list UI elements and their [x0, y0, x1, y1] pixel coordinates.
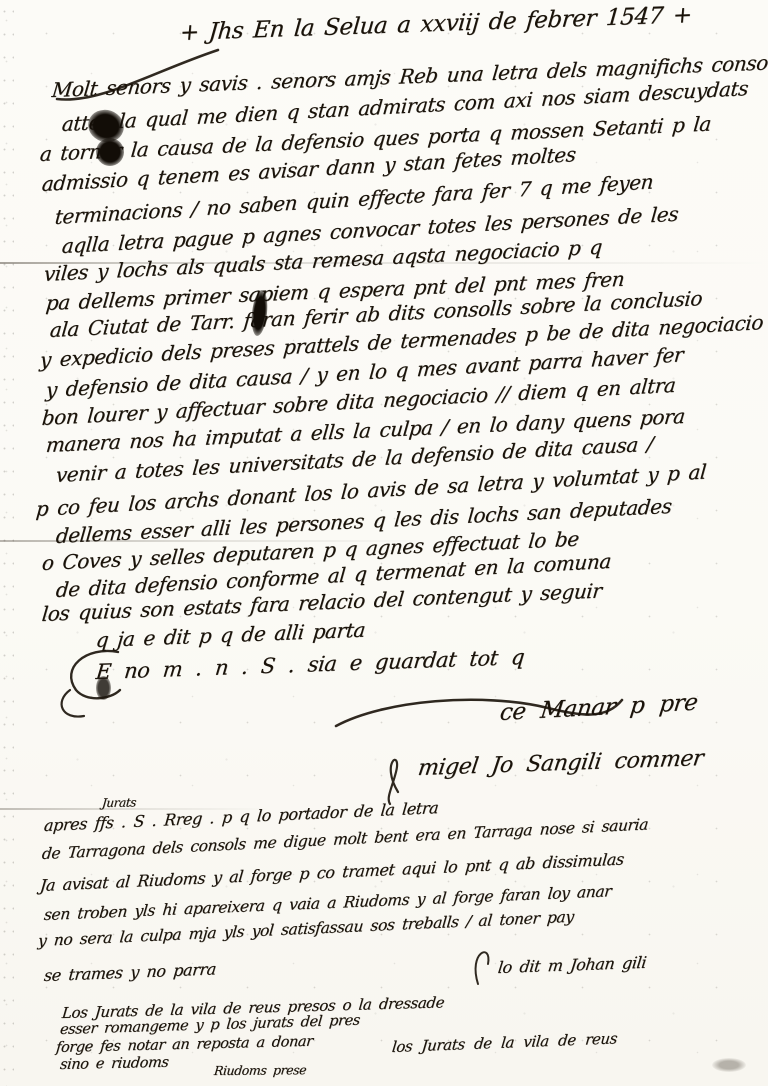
postscript-line: se trames y no parra — [43, 959, 217, 985]
signature-primary: ce Manar p pre — [498, 690, 699, 727]
closing-initial-flourish — [62, 690, 84, 717]
ink-blot — [96, 676, 111, 700]
closing-line: E no m . n . S . sia e guardat tot q — [95, 645, 526, 684]
address-small-note: Riudoms prese — [213, 1062, 307, 1078]
address-right-note: los Jurats de la vila de reus — [391, 1029, 618, 1056]
secondary-signature-flourish — [389, 760, 398, 804]
signature-secondary: migel Jo Sangili commer — [416, 746, 705, 781]
postscript-margin-note: Jurats — [101, 795, 136, 810]
address-line: forge fes notar an reposta a donar — [55, 1034, 313, 1056]
signoff-paraph-flourish — [476, 952, 489, 984]
scan-edge-noise — [0, 0, 14, 1086]
dateline: + Jhs En la Selua a xxviij de febrer 154… — [179, 2, 693, 46]
postscript-signoff: lo dit m Johan gili — [497, 953, 648, 977]
scan-smudge — [712, 1058, 746, 1072]
manuscript-page: + Jhs En la Selua a xxviij de febrer 154… — [0, 0, 768, 1086]
manuscript-line: q ja e dit p q de alli parta — [95, 618, 367, 652]
address-line: sino e riudoms — [59, 1055, 169, 1073]
